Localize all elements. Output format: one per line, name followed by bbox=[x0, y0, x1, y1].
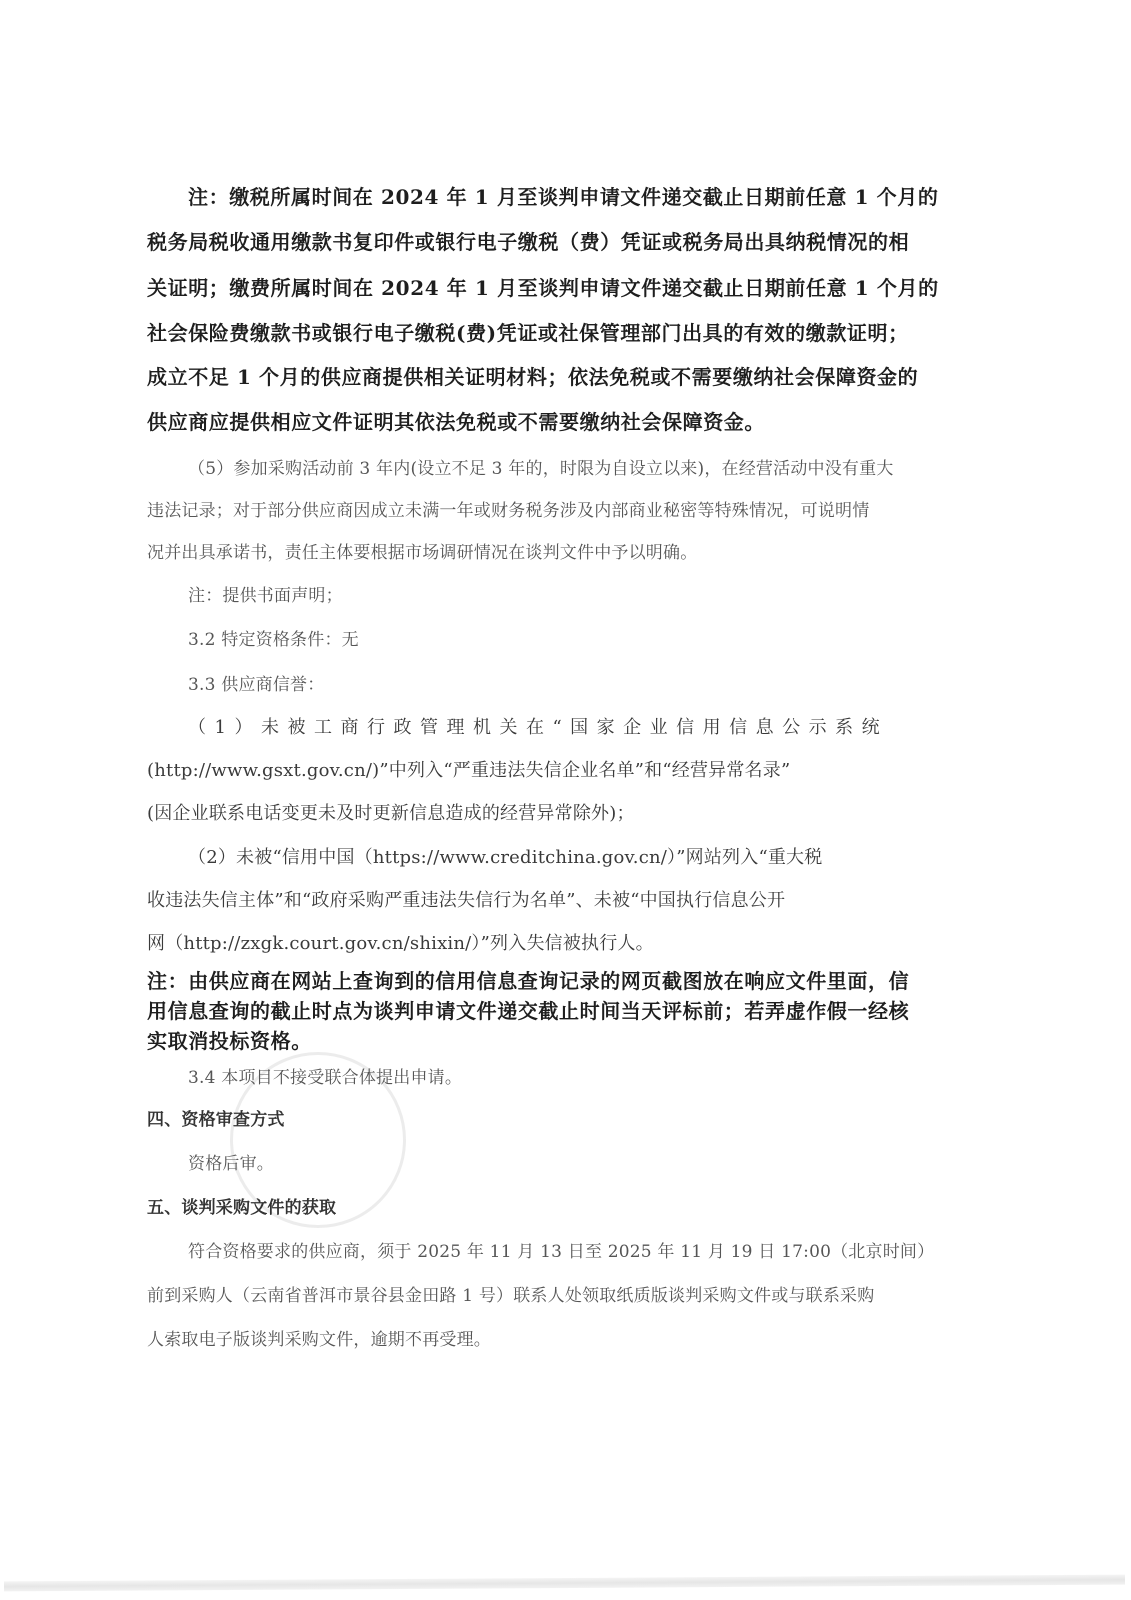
credit-item-2-line-3: 网（http://zxgk.court.gov.cn/shixin/）”列入失信… bbox=[147, 932, 987, 956]
tax-note-line-5: 成立不足 1 个月的供应商提供相关证明材料；依法免税或不需要缴纳社会保障资金的 bbox=[147, 365, 987, 389]
tax-note-line-4: 社会保险费缴款书或银行电子缴税(费)凭证或社保管理部门出具的有效的缴款证明； bbox=[147, 321, 987, 345]
document-page: 注：缴税所属时间在 2024 年 1 月至谈判申请文件递交截止日期前任意 1 个… bbox=[0, 0, 1131, 1600]
tax-note-line-2: 税务局税收通用缴款书复印件或银行电子缴税（费）凭证或税务局出具纳税情况的相 bbox=[147, 230, 987, 254]
credit-item-2-line-2: 收违法失信主体”和“政府采购严重违法失信行为名单”、未被“中国执行信息公开 bbox=[147, 889, 987, 913]
heading-document-acquisition: 五、谈判采购文件的获取 bbox=[147, 1196, 987, 1220]
section-5-line-2: 前到采购人（云南省普洱市景谷县金田路 1 号）联系人处领取纸质版谈判采购文件或与… bbox=[147, 1284, 987, 1308]
section-3-4: 3.4 本项目不接受联合体提出申请。 bbox=[188, 1066, 1028, 1090]
credit-item-2-line-1: （2）未被“信用中国（https://www.creditchina.gov.c… bbox=[188, 846, 1028, 870]
page-bottom-edge bbox=[4, 1575, 1125, 1592]
credit-note-line-1: 注：由供应商在网站上查询到的信用信息查询记录的网页截图放在响应文件里面，信 bbox=[147, 969, 987, 993]
credit-item-1-line-3: (因企业联系电话变更未及时更新信息造成的经营异常除外)； bbox=[147, 802, 987, 826]
tax-note-line-1: 注：缴税所属时间在 2024 年 1 月至谈判申请文件递交截止日期前任意 1 个… bbox=[188, 185, 1028, 209]
section-4-body: 资格后审。 bbox=[188, 1152, 1028, 1176]
credit-note-line-3: 实取消投标资格。 bbox=[147, 1029, 987, 1053]
item-5-line-2: 违法记录；对于部分供应商因成立未满一年或财务税务涉及内部商业秘密等特殊情况，可说… bbox=[147, 499, 987, 523]
credit-item-1-line-2: (http://www.gsxt.gov.cn/)”中列入“严重违法失信企业名单… bbox=[147, 759, 987, 783]
item-5-line-1: （5）参加采购活动前 3 年内(设立不足 3 年的，时限为自设立以来)，在经营活… bbox=[188, 457, 1028, 481]
section-5-line-1: 符合资格要求的供应商，须于 2025 年 11 月 13 日至 2025 年 1… bbox=[188, 1240, 1028, 1264]
credit-note-line-2: 用信息查询的截止时点为谈判申请文件递交截止时间当天评标前；若弄虚作假一经核 bbox=[147, 999, 987, 1023]
section-3-2: 3.2 特定资格条件：无 bbox=[188, 628, 1028, 652]
credit-item-1-line-1: （1）未被工商行政管理机关在“国家企业信用信息公示系统 bbox=[188, 716, 1028, 740]
note-written-statement: 注：提供书面声明； bbox=[188, 584, 1028, 608]
section-3-3: 3.3 供应商信誉： bbox=[188, 673, 1028, 697]
section-5-line-3: 人索取电子版谈判采购文件，逾期不再受理。 bbox=[147, 1328, 987, 1352]
heading-qualification-review: 四、资格审查方式 bbox=[147, 1108, 987, 1132]
item-5-line-3: 况并出具承诺书，责任主体要根据市场调研情况在谈判文件中予以明确。 bbox=[147, 541, 987, 565]
tax-note-line-6: 供应商应提供相应文件证明其依法免税或不需要缴纳社会保障资金。 bbox=[147, 410, 987, 434]
tax-note-line-3: 关证明；缴费所属时间在 2024 年 1 月至谈判申请文件递交截止日期前任意 1… bbox=[147, 276, 987, 300]
